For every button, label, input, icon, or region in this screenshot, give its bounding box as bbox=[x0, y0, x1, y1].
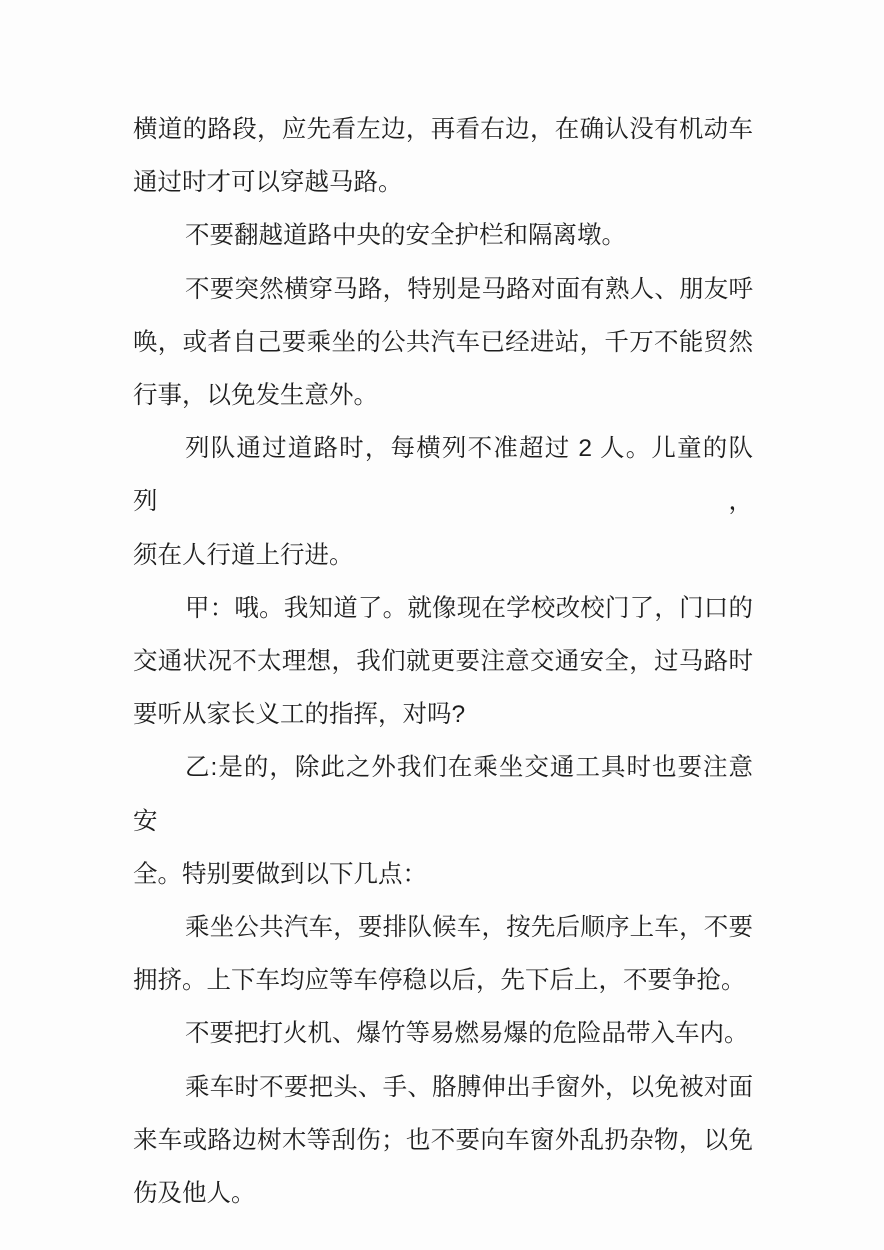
text-line: 通过时才可以穿越马路。 bbox=[133, 156, 753, 209]
text-line: 不要突然横穿马路，特别是马路对面有熟人、朋友呼 bbox=[133, 263, 753, 316]
text-line: 要听从家长义工的指挥，对吗? bbox=[133, 688, 753, 741]
text-line: 横道的路段，应先看左边，再看右边，在确认没有机动车 bbox=[133, 103, 753, 156]
document-page: 横道的路段，应先看左边，再看右边，在确认没有机动车 通过时才可以穿越马路。 不要… bbox=[0, 0, 884, 1250]
text-line: 乘坐公共汽车，要排队候车，按先后顺序上车，不要 bbox=[133, 901, 753, 954]
text-line: 来车或路边树木等刮伤；也不要向车窗外乱扔杂物，以免 bbox=[133, 1114, 753, 1167]
document-text-block: 横道的路段，应先看左边，再看右边，在确认没有机动车 通过时才可以穿越马路。 不要… bbox=[133, 103, 753, 1220]
text-line: 乘车时不要把头、手、胳膊伸出手窗外，以免被对面 bbox=[133, 1061, 753, 1114]
text-line: 须在人行道上行进。 bbox=[133, 529, 753, 582]
text-line: 列队通过道路时，每横列不准超过 2 人。儿童的队列， bbox=[133, 422, 753, 528]
text-line: 不要把打火机、爆竹等易燃易爆的危险品带入车内。 bbox=[133, 1007, 753, 1060]
text-line: 唤，或者自己要乘坐的公共汽车已经进站，千万不能贸然 bbox=[133, 316, 753, 369]
text-line: 行事，以免发生意外。 bbox=[133, 369, 753, 422]
text-line: 全。特别要做到以下几点： bbox=[133, 848, 753, 901]
text-line: 拥挤。上下车均应等车停稳以后，先下后上，不要争抢。 bbox=[133, 954, 753, 1007]
text-line: 不要翻越道路中央的安全护栏和隔离墩。 bbox=[133, 209, 753, 262]
text-line: 交通状况不太理想，我们就更要注意交通安全，过马路时 bbox=[133, 635, 753, 688]
text-line: 乙:是的，除此之外我们在乘坐交通工具时也要注意安 bbox=[133, 741, 753, 847]
text-line: 伤及他人。 bbox=[133, 1167, 753, 1220]
text-line: 甲：哦。我知道了。就像现在学校改校门了，门口的 bbox=[133, 582, 753, 635]
